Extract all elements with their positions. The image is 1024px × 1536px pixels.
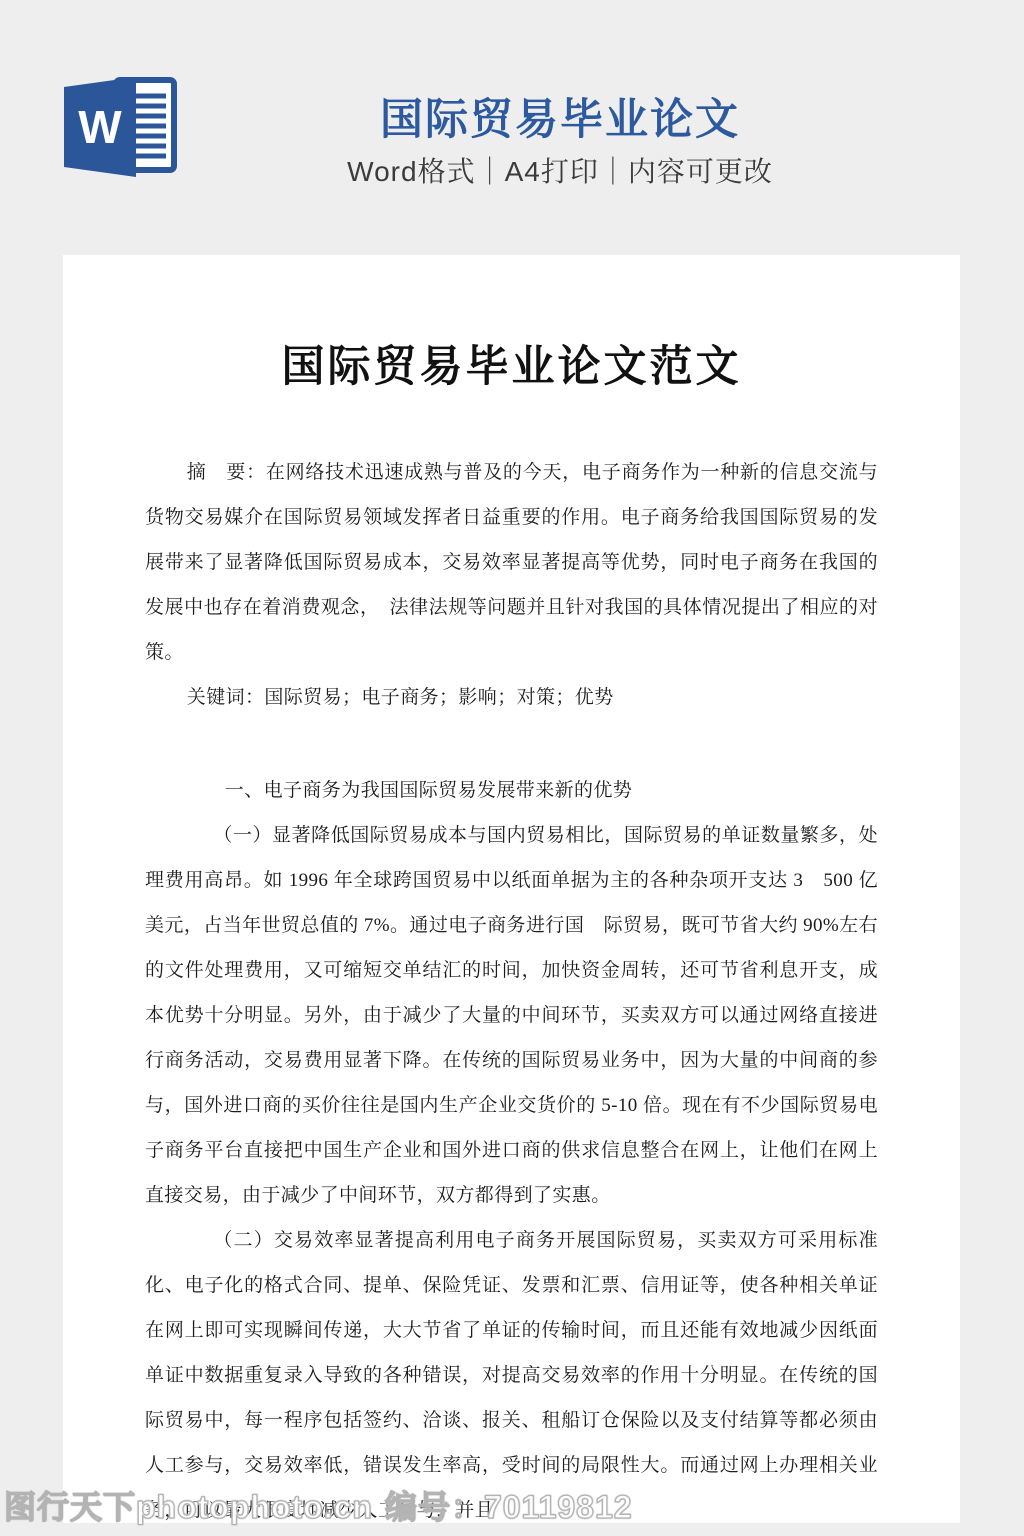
document-content: 国际贸易毕业论文范文 摘 要：在网络技术迅速成熟与普及的今天，电子商务作为一种新…: [63, 333, 960, 1523]
site-watermark: 图行天下photophoto.cn编号：70119812: [4, 1482, 633, 1528]
header: W 国际贸易毕业论文 Word格式｜A4打印｜内容可更改: [0, 0, 1024, 230]
template-preview-page: { "header": { "title": "国际贸易毕业论文", "subt…: [0, 0, 1024, 1536]
section-heading: 一、电子商务为我国国际贸易发展带来新的优势: [145, 768, 878, 813]
document-page: 国际贸易毕业论文范文 摘 要：在网络技术迅速成熟与普及的今天，电子商务作为一种新…: [63, 255, 960, 1523]
watermark-site-name: 图行天下photophoto.cn: [4, 1489, 373, 1525]
template-title: 国际贸易毕业论文: [380, 86, 740, 147]
body-paragraph-2: （二）交易效率显著提高利用电子商务开展国际贸易，买卖双方可采用标准化、电子化的格…: [145, 1218, 878, 1523]
watermark-id-label: 编号：: [385, 1489, 484, 1525]
abstract-paragraph: 摘 要：在网络技术迅速成熟与普及的今天，电子商务作为一种新的信息交流与货物交易媒…: [145, 450, 878, 675]
document-title: 国际贸易毕业论文范文: [145, 333, 878, 394]
word-icon-letter: W: [78, 101, 122, 153]
template-subtitle: Word格式｜A4打印｜内容可更改: [347, 150, 773, 190]
watermark-id-number: 70119812: [484, 1489, 633, 1525]
body-paragraph-1: （一）显著降低国际贸易成本与国内贸易相比，国际贸易的单证数量繁多，处理费用高昂。…: [145, 813, 878, 1218]
keywords-line: 关键词：国际贸易；电子商务；影响；对策；优势: [145, 675, 878, 720]
word-file-icon: W: [58, 72, 182, 184]
